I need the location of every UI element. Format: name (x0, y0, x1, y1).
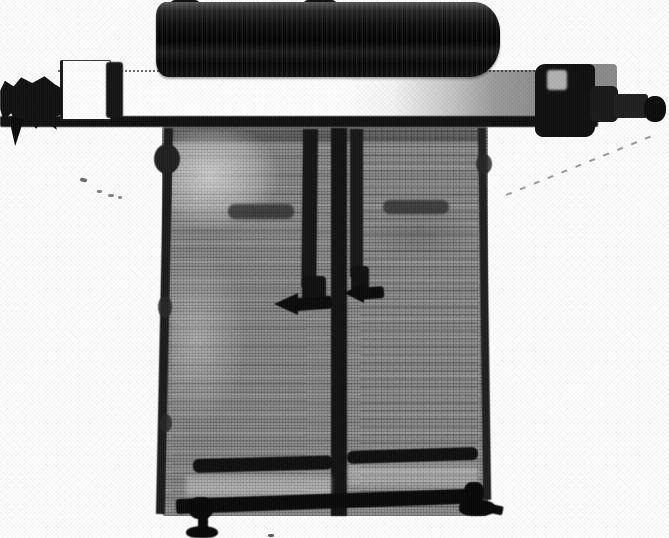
speck (268, 534, 274, 537)
top-roller (156, 2, 500, 77)
machine-photograph (0, 0, 669, 538)
hinge-knob (160, 414, 172, 432)
speck (118, 196, 122, 199)
bearing-highlight (547, 70, 567, 90)
speck (97, 190, 102, 193)
speck (80, 177, 88, 182)
slider-block-shadow (106, 62, 123, 118)
support-beam (58, 70, 538, 119)
hinge-knob (158, 296, 172, 318)
beam-slider-block (60, 60, 111, 121)
drive-shaft-knob (644, 96, 666, 122)
left-latch-rod (301, 129, 318, 287)
speck (108, 194, 114, 197)
hinge-knob (154, 144, 180, 174)
left-foot (186, 526, 218, 538)
left-door-light-band (186, 476, 332, 496)
right-latch-rod (350, 129, 363, 277)
right-door-nameplate (383, 200, 449, 214)
center-divider (331, 128, 347, 516)
drive-shaft (614, 94, 648, 118)
left-door (172, 130, 306, 510)
left-door-nameplate (228, 204, 294, 219)
left-latch-hook-arrow (274, 293, 298, 315)
right-door-light-band (348, 466, 478, 486)
scratch-mark (506, 134, 655, 196)
right-latch-hook-arrow (344, 283, 364, 303)
hinge-knob (476, 154, 492, 174)
